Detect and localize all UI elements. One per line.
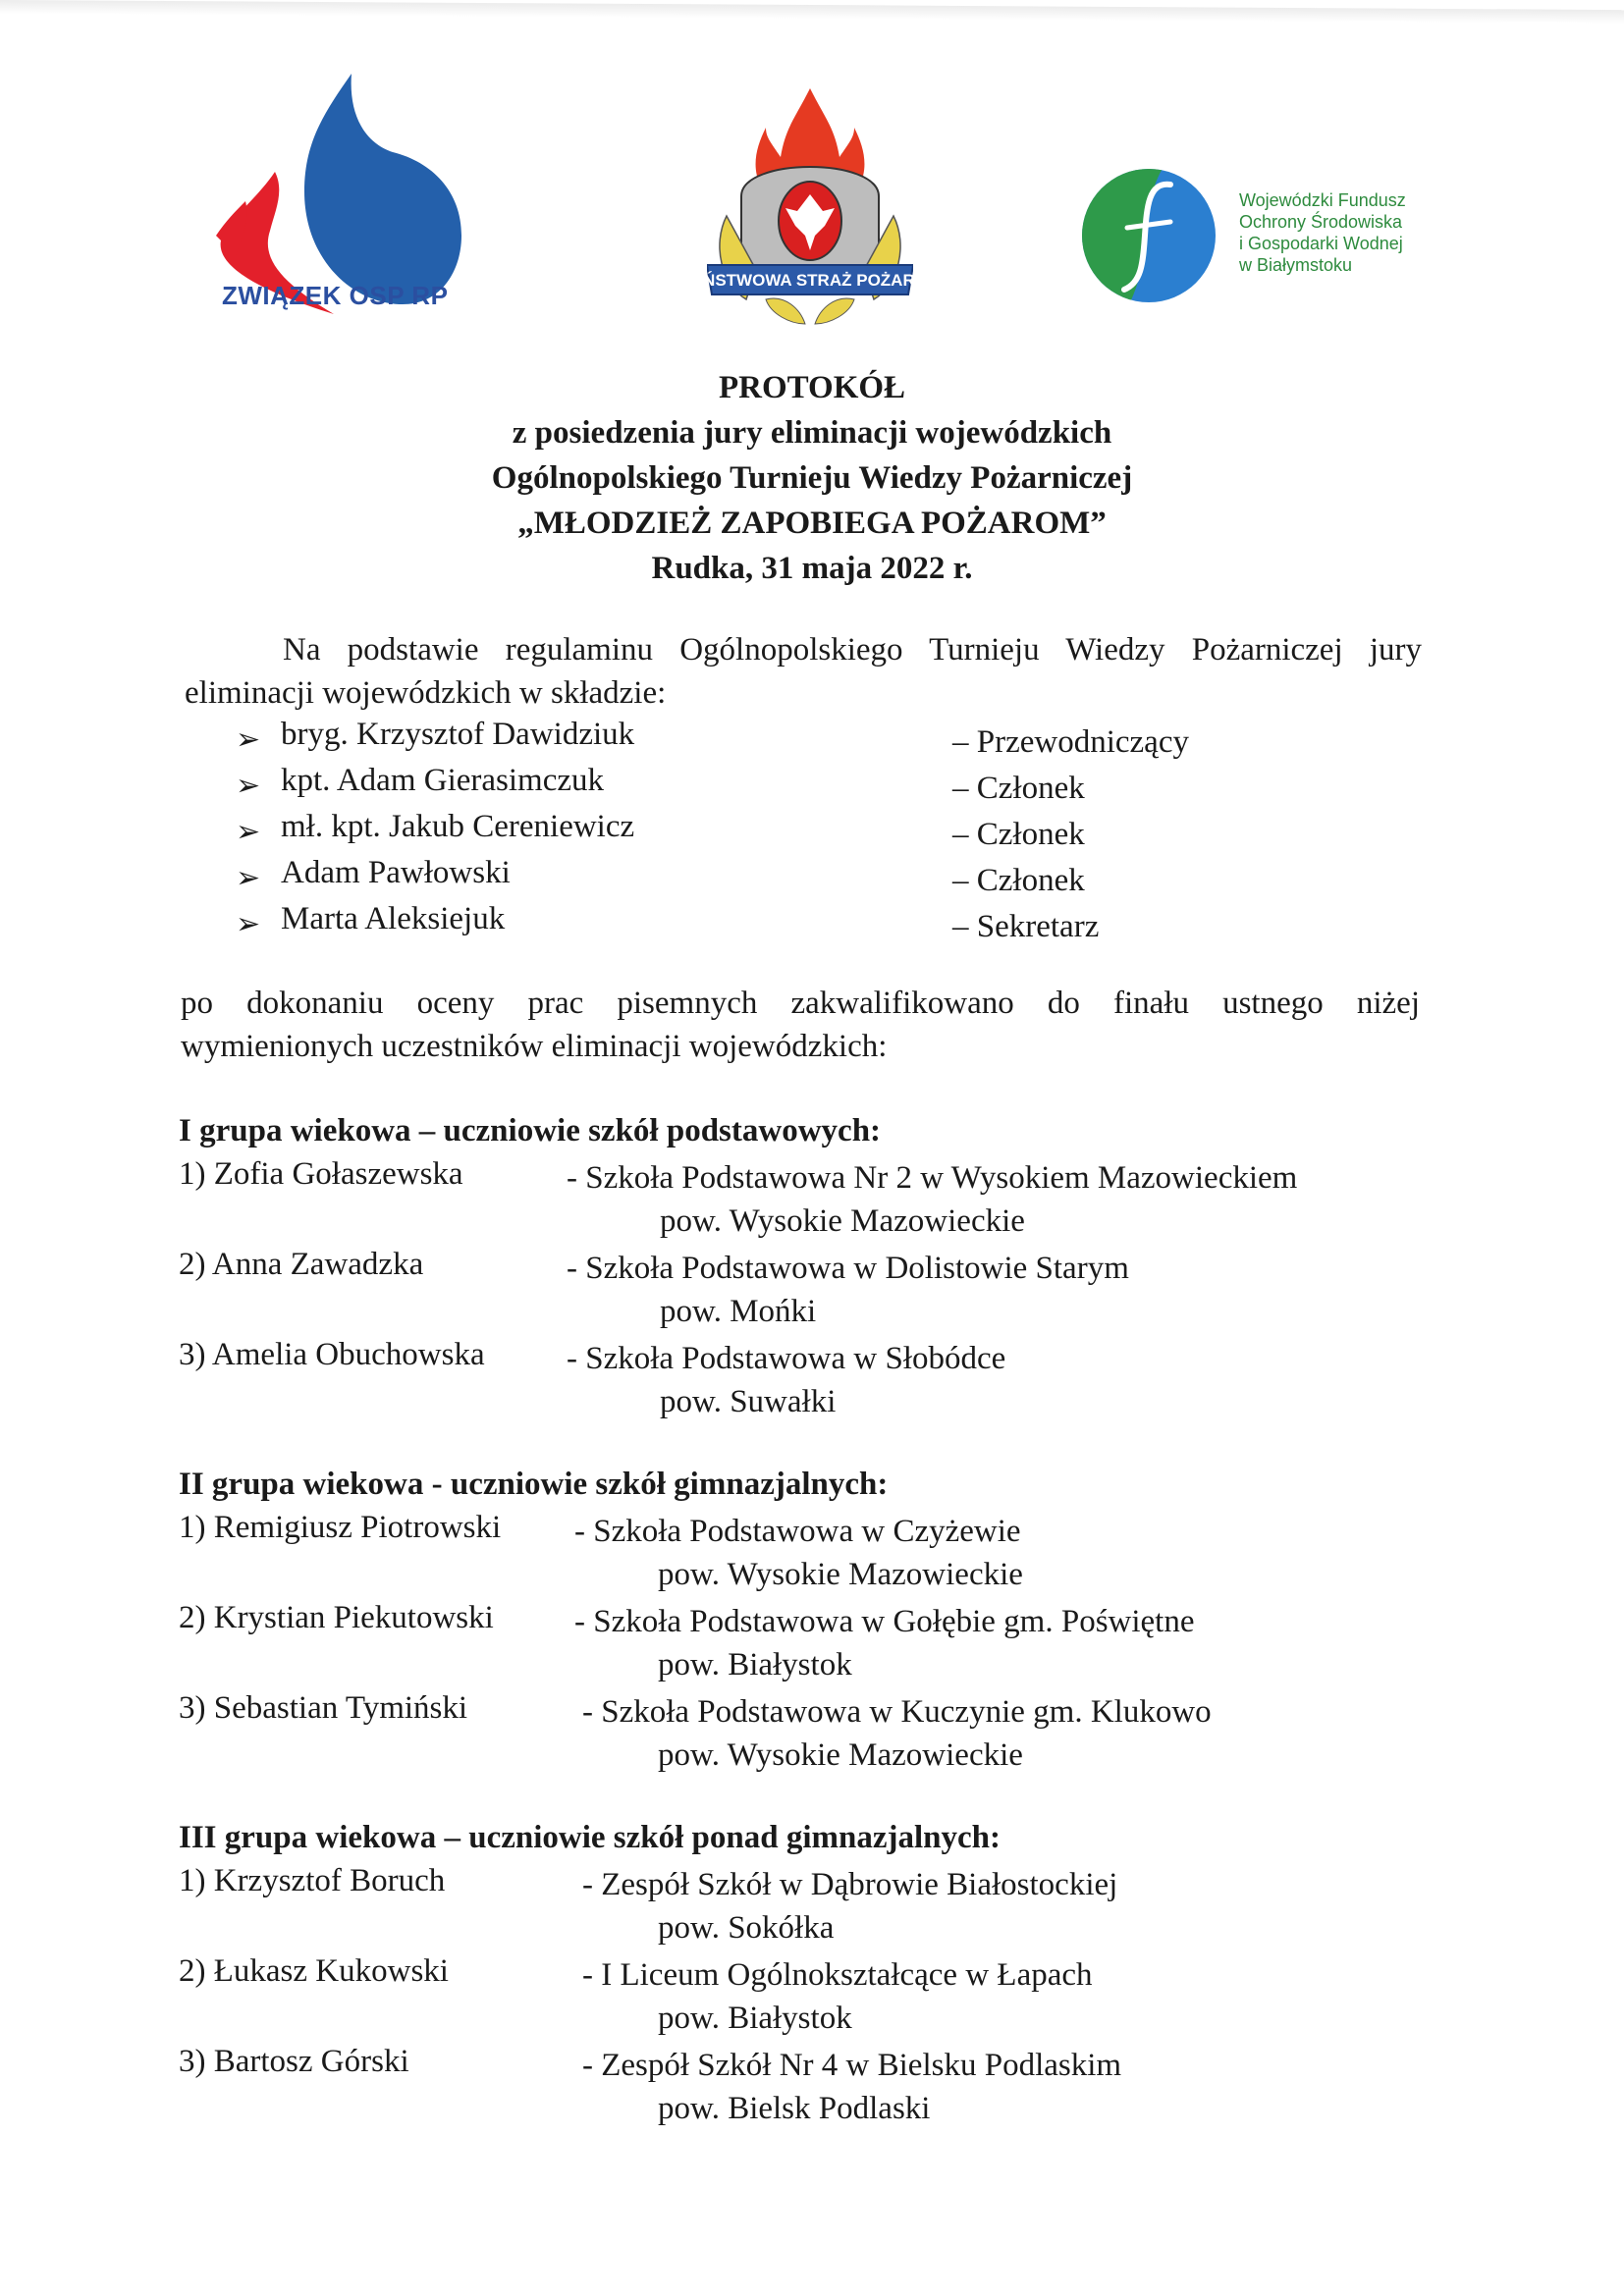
participant-school: - Szkoła Podstawowa w Czyżewie	[574, 1510, 1021, 1553]
arrow-bullet-icon: ➢	[236, 769, 260, 803]
jury-member-name: Marta Aleksiejuk	[281, 901, 505, 937]
participant-district: pow. Białystok	[658, 1997, 852, 2040]
intro-line-2: eliminacji wojewódzkich w składzie:	[185, 671, 666, 715]
participant-name: 1) Zofia Gołaszewska	[179, 1152, 463, 1196]
participant-name: 2) Anna Zawadzka	[179, 1243, 423, 1286]
participant-name: 2) Łukasz Kukowski	[179, 1949, 449, 1993]
age-group-title: III grupa wiekowa – uczniowie szkół pona…	[179, 1816, 1455, 1859]
jury-member-role: – Sekretarz	[952, 909, 1099, 945]
title-line-3: „MŁODZIEŻ ZAPOBIEGA POŻAROM”	[0, 501, 1624, 546]
participant-school: - I Liceum Ogólnokształcące w Łapach	[582, 1953, 1093, 1997]
participant-entry: 2) Krystian Piekutowski - Szkoła Podstaw…	[179, 1596, 1455, 1686]
jury-member-role: – Przewodniczący	[952, 724, 1189, 761]
participant-name: 1) Krzysztof Boruch	[179, 1859, 445, 1902]
outro-line-1: po dokonaniu oceny prac pisemnych zakwal…	[181, 982, 1420, 1025]
arrow-bullet-icon: ➢	[236, 815, 260, 849]
age-group-title: II grupa wiekowa - uczniowie szkół gimna…	[179, 1463, 1455, 1506]
age-group-3: III grupa wiekowa – uczniowie szkół pona…	[179, 1816, 1455, 2130]
intro-line-1: Na podstawie regulaminu Ogólnopolskiego …	[185, 628, 1422, 671]
participant-district: pow. Bielsk Podlaski	[658, 2087, 930, 2130]
participant-name: 3) Bartosz Górski	[179, 2040, 409, 2083]
logo-header: ZWIĄZEK OSP RP PAŃSTWOWA STRAŻ POŻARNA W…	[0, 0, 1624, 353]
jury-member: ➢ mł. kpt. Jakub Cereniewicz – Członek	[236, 809, 1316, 855]
jury-member: ➢ bryg. Krzysztof Dawidziuk – Przewodnic…	[236, 717, 1316, 763]
wfosigw-f-circle-icon	[1080, 167, 1218, 304]
jury-member-name: mł. kpt. Jakub Cereniewicz	[281, 809, 634, 845]
jury-member-role: – Członek	[952, 817, 1085, 853]
jury-member-role: – Członek	[952, 771, 1085, 807]
jury-member: ➢ Adam Pawłowski – Członek	[236, 855, 1316, 901]
arrow-bullet-icon: ➢	[236, 722, 260, 757]
participant-name: 3) Sebastian Tymiński	[179, 1686, 467, 1730]
participant-school: - Zespół Szkół w Dąbrowie Białostockiej	[582, 1863, 1117, 1906]
participant-name: 2) Krystian Piekutowski	[179, 1596, 494, 1639]
jury-member: ➢ kpt. Adam Gierasimczuk – Członek	[236, 763, 1316, 809]
title-heading: PROTOKÓŁ	[0, 365, 1624, 410]
participant-entry: 3) Sebastian Tymiński - Szkoła Podstawow…	[179, 1686, 1455, 1777]
psp-emblem-icon: PAŃSTWOWA STRAŻ POŻARNA	[707, 88, 913, 334]
wfosigw-logo-caption: Wojewódzki Fundusz Ochrony Środowiska i …	[1239, 189, 1406, 276]
arrow-bullet-icon: ➢	[236, 861, 260, 895]
participant-school: - Szkoła Podstawowa Nr 2 w Wysokiem Mazo…	[567, 1156, 1297, 1200]
title-line-1: z posiedzenia jury eliminacji wojewódzki…	[0, 410, 1624, 455]
participant-school: - Zespół Szkół Nr 4 w Bielsku Podlaskim	[582, 2044, 1121, 2087]
participant-district: pow. Wysokie Mazowieckie	[660, 1200, 1025, 1243]
participant-district: pow. Wysokie Mazowieckie	[658, 1553, 1023, 1596]
participant-entry: 3) Bartosz Górski - Zespół Szkół Nr 4 w …	[179, 2040, 1455, 2130]
jury-member-role: – Członek	[952, 863, 1085, 899]
participant-school: - Szkoła Podstawowa w Gołębie gm. Poświę…	[574, 1600, 1195, 1643]
psp-ribbon-text: PAŃSTWOWA STRAŻ POŻARNA	[707, 271, 913, 290]
jury-member: ➢ Marta Aleksiejuk – Sekretarz	[236, 901, 1316, 947]
arrow-bullet-icon: ➢	[236, 907, 260, 941]
participant-school: - Szkoła Podstawowa w Dolistowie Starym	[567, 1247, 1129, 1290]
age-group-title: I grupa wiekowa – uczniowie szkół podsta…	[179, 1109, 1455, 1152]
participant-entry: 1) Krzysztof Boruch - Zespół Szkół w Dąb…	[179, 1859, 1455, 1949]
jury-member-name: bryg. Krzysztof Dawidziuk	[281, 717, 634, 753]
participant-district: pow. Suwałki	[660, 1380, 836, 1423]
age-group-2: II grupa wiekowa - uczniowie szkół gimna…	[179, 1463, 1455, 1777]
participant-entry: 2) Łukasz Kukowski - I Liceum Ogólnokszt…	[179, 1949, 1455, 2040]
participant-name: 1) Remigiusz Piotrowski	[179, 1506, 501, 1549]
jury-list: ➢ bryg. Krzysztof Dawidziuk – Przewodnic…	[236, 717, 1316, 947]
participant-district: pow. Białystok	[658, 1643, 852, 1686]
osp-logo-caption: ZWIĄZEK OSP RP	[222, 281, 448, 311]
participant-district: pow. Mońki	[660, 1290, 816, 1333]
participant-district: pow. Sokółka	[658, 1906, 834, 1949]
participant-entry: 1) Remigiusz Piotrowski - Szkoła Podstaw…	[179, 1506, 1455, 1596]
participant-entry: 1) Zofia Gołaszewska - Szkoła Podstawowa…	[179, 1152, 1455, 1243]
participant-entry: 2) Anna Zawadzka - Szkoła Podstawowa w D…	[179, 1243, 1455, 1333]
jury-member-name: Adam Pawłowski	[281, 855, 511, 891]
participant-district: pow. Wysokie Mazowieckie	[658, 1734, 1023, 1777]
participant-name: 3) Amelia Obuchowska	[179, 1333, 485, 1376]
document-title: PROTOKÓŁ z posiedzenia jury eliminacji w…	[0, 365, 1624, 591]
outro-line-2: wymienionych uczestników eliminacji woje…	[181, 1025, 887, 1068]
jury-member-name: kpt. Adam Gierasimczuk	[281, 763, 604, 799]
title-place-date: Rudka, 31 maja 2022 r.	[0, 546, 1624, 591]
participant-entry: 3) Amelia Obuchowska - Szkoła Podstawowa…	[179, 1333, 1455, 1423]
participant-school: - Szkoła Podstawowa w Kuczynie gm. Kluko…	[582, 1690, 1212, 1734]
age-group-1: I grupa wiekowa – uczniowie szkół podsta…	[179, 1109, 1455, 1423]
participant-school: - Szkoła Podstawowa w Słobódce	[567, 1337, 1005, 1380]
title-line-2: Ogólnopolskiego Turnieju Wiedzy Pożarnic…	[0, 455, 1624, 501]
